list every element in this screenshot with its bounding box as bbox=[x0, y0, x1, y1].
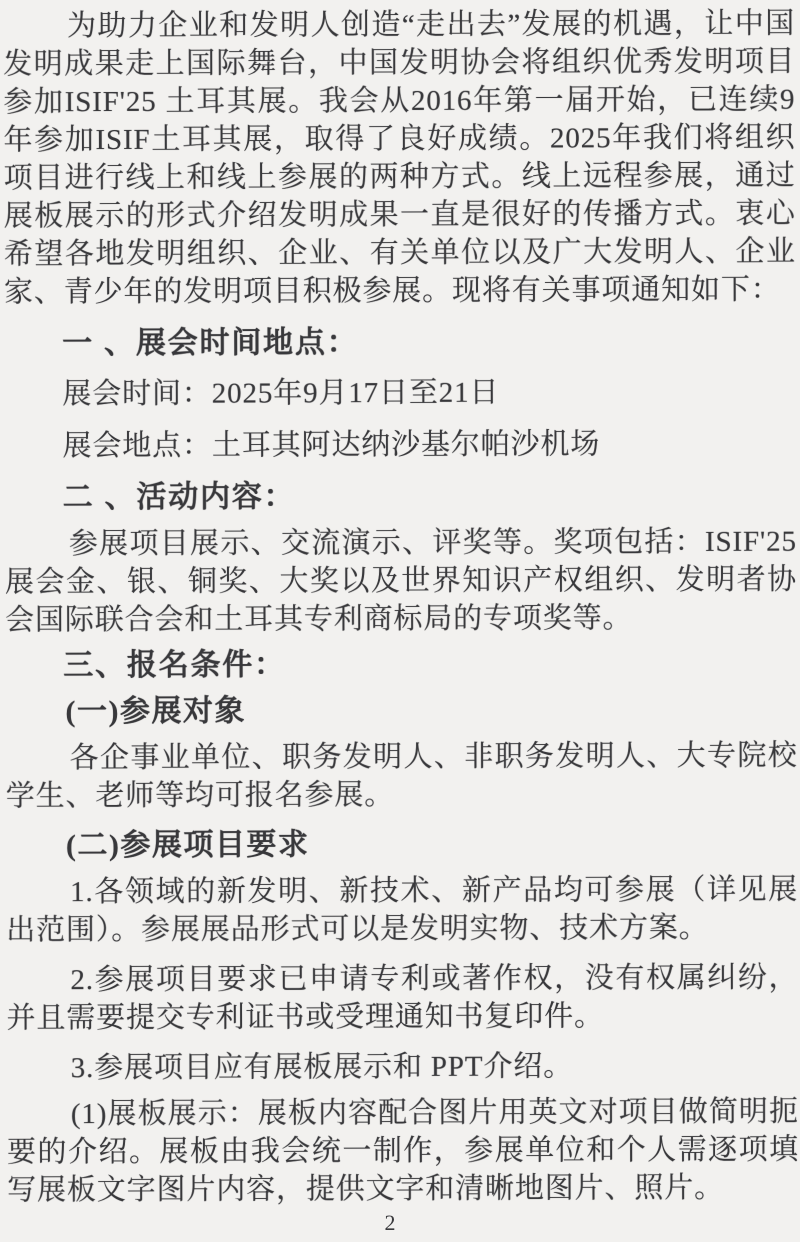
exhibition-venue-line: 展会地点：土耳其阿达纳沙基尔帕沙机场 bbox=[4, 425, 796, 466]
panel-display-paragraph: (1)展板展示：展板内容配合图片用英文对项目做简明扼要的介绍。展板由我会统一制作… bbox=[7, 1093, 799, 1210]
section-1-heading: 一 、展会时间地点： bbox=[62, 323, 796, 364]
subsection-2-heading: (二)参展项目要求 bbox=[66, 825, 798, 866]
subsection-1-heading: (一)参展对象 bbox=[65, 691, 797, 732]
intro-paragraph: 为助力企业和发明人创造“走出去”发展的机遇，让中国发明成果走上国际舞台，中国发明… bbox=[3, 5, 796, 312]
exhibition-time-line: 展会时间：2025年9月17日至21日 bbox=[4, 373, 796, 414]
requirement-1-paragraph: 1.各领域的新发明、新技术、新产品均可参展（详见展出范围）。参展展品形式可以是发… bbox=[6, 871, 798, 950]
requirement-2-paragraph: 2.参展项目要求已申请专利或著作权，没有权属纠纷，并且需要提交专利证书或受理通知… bbox=[6, 959, 798, 1038]
section-3-heading: 三、报名条件： bbox=[63, 645, 797, 686]
page-number: 2 bbox=[385, 1210, 396, 1236]
page-footer: 2 bbox=[0, 1210, 800, 1236]
activities-paragraph: 参展项目展示、交流演示、评奖等。奖项包括：ISIF'25展会金、银、铜奖、大奖以… bbox=[5, 523, 797, 640]
document-content: 为助力企业和发明人创造“走出去”发展的机遇，让中国发明成果走上国际舞台，中国发明… bbox=[0, 5, 800, 1222]
document-page: 为助力企业和发明人创造“走出去”发展的机遇，让中国发明成果走上国际舞台，中国发明… bbox=[0, 0, 800, 1242]
section-2-heading: 二 、活动内容： bbox=[63, 477, 797, 518]
eligible-participants-paragraph: 各企事业单位、职务发明人、非职务发明人、大专院校学生、老师等均可报名参展。 bbox=[6, 737, 798, 816]
requirement-3-paragraph: 3.参展项目应有展板展示和 PPT介绍。 bbox=[7, 1047, 799, 1088]
